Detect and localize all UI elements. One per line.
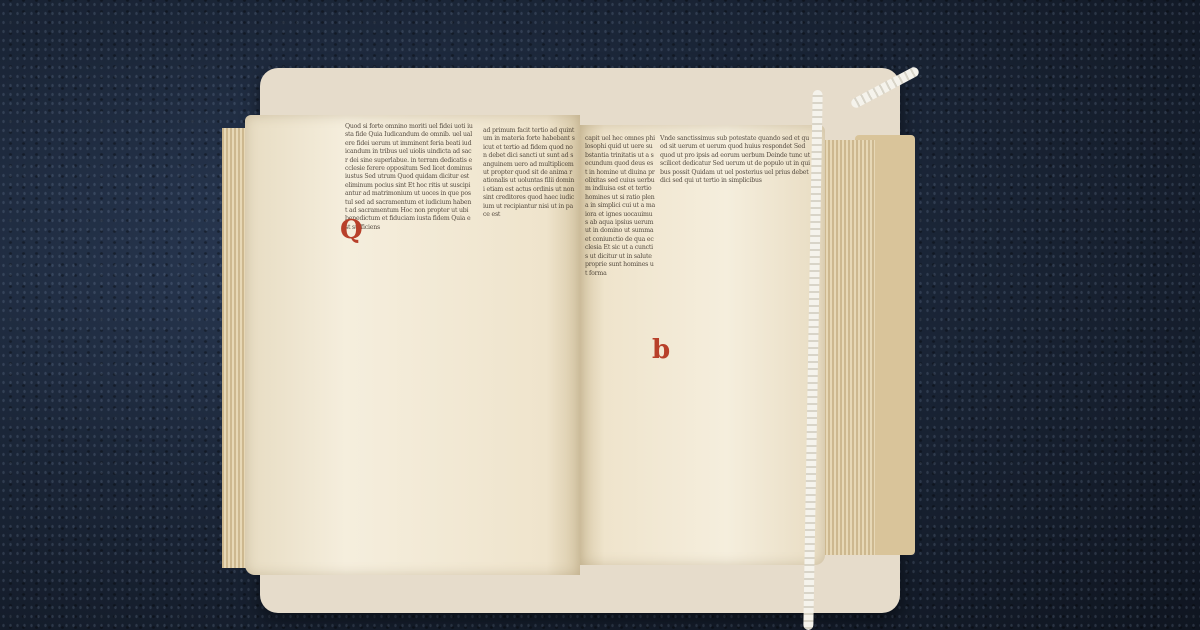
rubric-initial-q: Q <box>340 215 363 245</box>
right-page-column-1: capit uel hec omnes philosophi quid ut u… <box>585 135 655 490</box>
left-page: Quod si forte omnino moriti uel fidei uo… <box>245 115 580 575</box>
rubric-initial-b: b <box>652 335 670 365</box>
left-page-column-1: Quod si forte omnino moriti uel fidei uo… <box>345 123 473 493</box>
right-page-column-2: Vnde sanctissimus sub potestate quando s… <box>660 135 810 495</box>
page-edges-right <box>820 140 875 555</box>
right-page: capit uel hec omnes philosophi quid ut u… <box>580 125 825 565</box>
left-page-column-2: ad primum facit tertio ad quintum in mat… <box>483 127 575 502</box>
